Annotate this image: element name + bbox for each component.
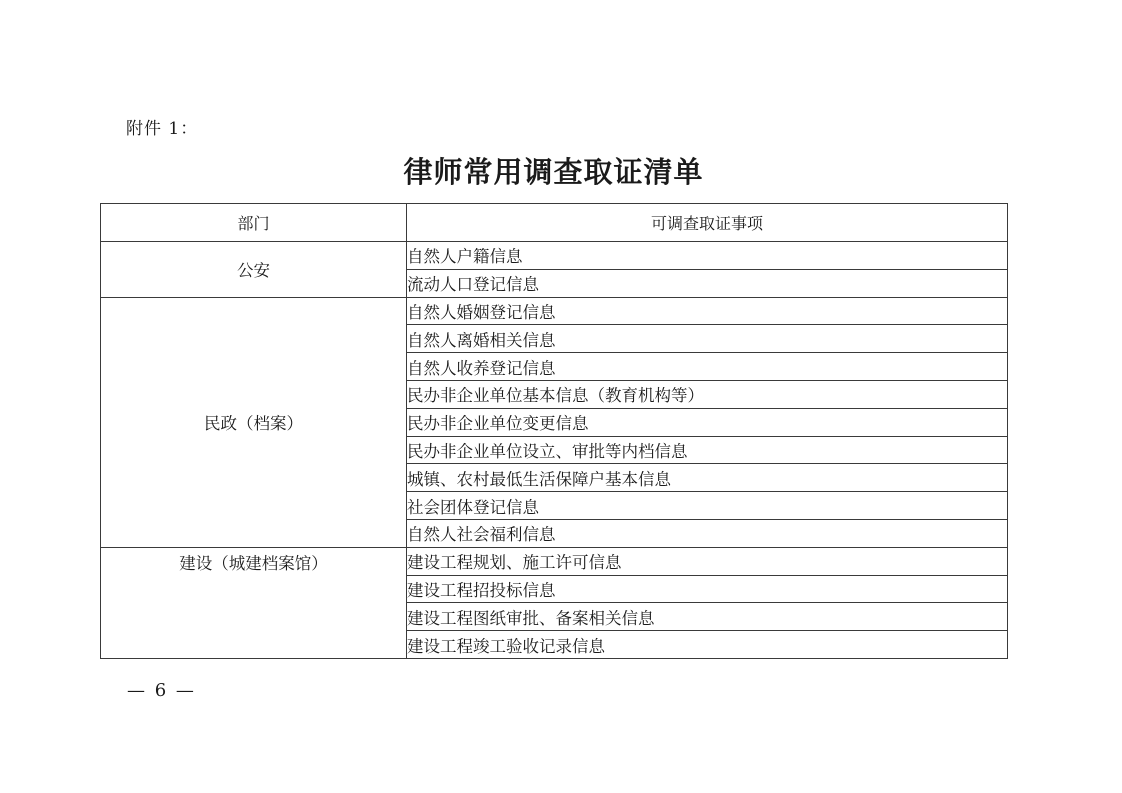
header-department: 部门	[101, 204, 407, 242]
item-cell: 城镇、农村最低生活保障户基本信息	[407, 464, 1008, 492]
item-cell: 建设工程竣工验收记录信息	[407, 631, 1008, 659]
page-number: — 6 —	[127, 680, 196, 701]
table-row: 建设（城建档案馆） 建设工程规划、施工许可信息	[101, 547, 1008, 575]
header-items: 可调查取证事项	[407, 204, 1008, 242]
item-cell: 自然人户籍信息	[407, 242, 1008, 270]
department-cell: 公安	[101, 242, 407, 298]
item-cell: 民办非企业单位变更信息	[407, 408, 1008, 436]
item-cell: 民办非企业单位设立、审批等内档信息	[407, 436, 1008, 464]
item-cell: 自然人离婚相关信息	[407, 325, 1008, 353]
department-cell: 建设（城建档案馆）	[101, 547, 407, 658]
item-cell: 流动人口登记信息	[407, 269, 1008, 297]
item-cell: 民办非企业单位基本信息（教育机构等）	[407, 380, 1008, 408]
table-header-row: 部门 可调查取证事项	[101, 204, 1008, 242]
item-cell: 社会团体登记信息	[407, 492, 1008, 520]
item-cell: 建设工程招投标信息	[407, 575, 1008, 603]
table-row: 公安 自然人户籍信息	[101, 242, 1008, 270]
item-cell: 建设工程图纸审批、备案相关信息	[407, 603, 1008, 631]
item-cell: 自然人婚姻登记信息	[407, 297, 1008, 325]
department-cell: 民政（档案）	[101, 297, 407, 547]
document-title: 律师常用调查取证清单	[0, 150, 1107, 191]
item-cell: 自然人收养登记信息	[407, 353, 1008, 381]
table-row: 民政（档案） 自然人婚姻登记信息	[101, 297, 1008, 325]
item-cell: 自然人社会福利信息	[407, 519, 1008, 547]
attachment-label: 附件 1：	[126, 114, 198, 139]
evidence-list-table: 部门 可调查取证事项 公安 自然人户籍信息 流动人口登记信息 民政（档案） 自然…	[100, 203, 1008, 659]
item-cell: 建设工程规划、施工许可信息	[407, 547, 1008, 575]
